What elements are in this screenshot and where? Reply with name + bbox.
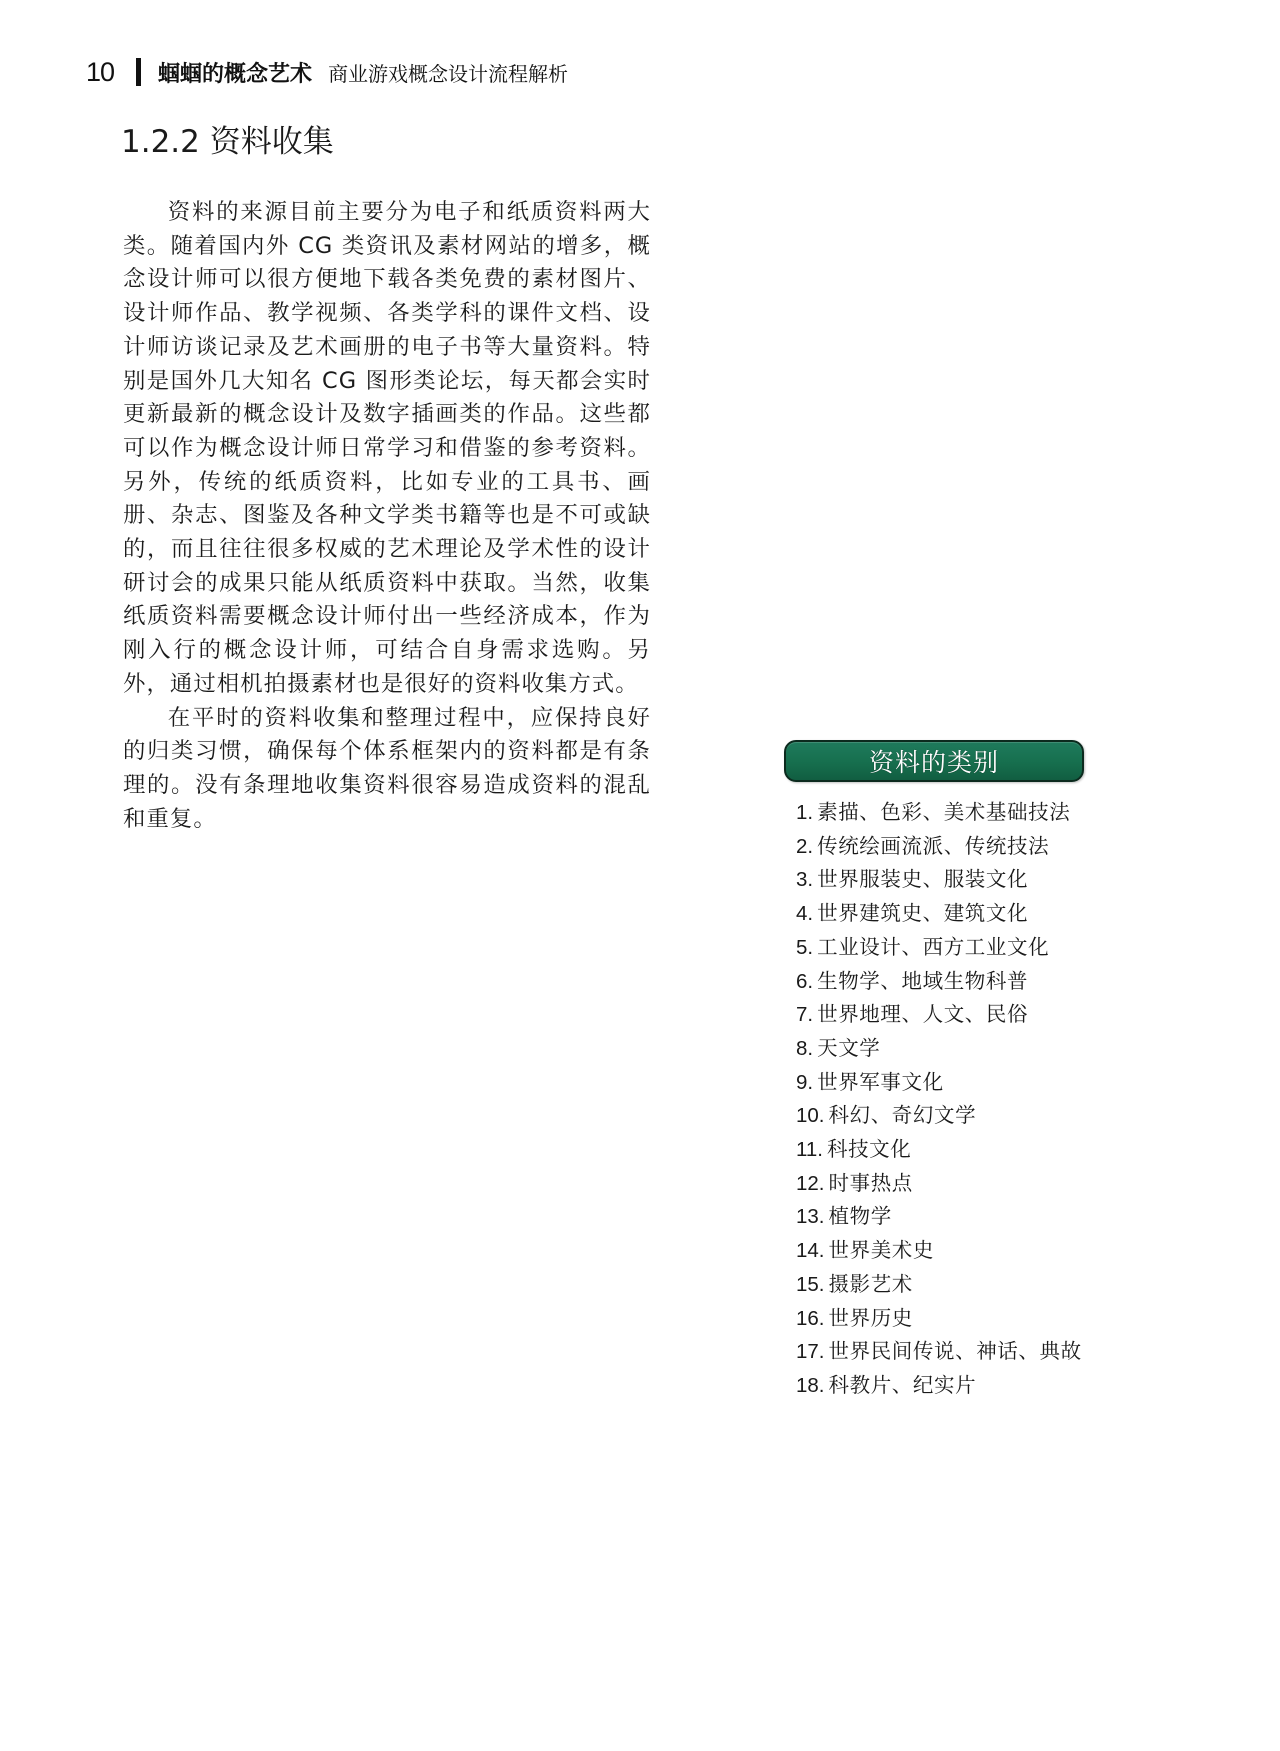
- list-item-number: 2.: [796, 835, 813, 858]
- running-header: 10 蝈蝈的概念艺术 商业游戏概念设计流程解析: [86, 52, 568, 92]
- list-item-label: 世界建筑史、建筑文化: [817, 901, 1028, 925]
- list-item: 15.摄影艺术: [796, 1268, 1082, 1302]
- category-box-title: 资料的类别: [869, 743, 999, 779]
- list-item: 14.世界美术史: [796, 1234, 1082, 1268]
- list-item-number: 16.: [796, 1307, 825, 1330]
- list-item-label: 生物学、地域生物科普: [817, 969, 1028, 993]
- list-item-number: 15.: [796, 1273, 825, 1296]
- list-item-label: 传统绘画流派、传统技法: [817, 834, 1049, 858]
- list-item-label: 科幻、奇幻文学: [829, 1103, 977, 1127]
- list-item: 9.世界军事文化: [796, 1066, 1082, 1100]
- list-item-number: 3.: [796, 868, 813, 891]
- list-item-number: 13.: [796, 1205, 825, 1228]
- list-item-number: 1.: [796, 801, 813, 824]
- list-item-number: 11.: [796, 1138, 823, 1161]
- list-item: 8.天文学: [796, 1032, 1082, 1066]
- list-item-label: 世界美术史: [829, 1238, 935, 1262]
- list-item-label: 世界地理、人文、民俗: [817, 1002, 1028, 1026]
- list-item-number: 18.: [796, 1374, 825, 1397]
- list-item-label: 植物学: [829, 1204, 892, 1228]
- page-number: 10: [86, 57, 114, 88]
- category-box-header: 资料的类别: [784, 740, 1084, 782]
- list-item-number: 7.: [796, 1003, 813, 1026]
- list-item-label: 素描、色彩、美术基础技法: [817, 800, 1070, 824]
- list-item-number: 4.: [796, 902, 813, 925]
- list-item-label: 摄影艺术: [829, 1272, 913, 1296]
- list-item-label: 世界军事文化: [817, 1070, 944, 1094]
- header-divider-bar: [136, 58, 141, 86]
- list-item: 1.素描、色彩、美术基础技法: [796, 796, 1082, 830]
- list-item: 16.世界历史: [796, 1302, 1082, 1336]
- list-item-label: 时事热点: [829, 1171, 913, 1195]
- list-item-number: 10.: [796, 1104, 825, 1127]
- list-item: 2.传统绘画流派、传统技法: [796, 830, 1082, 864]
- list-item-number: 17.: [796, 1340, 825, 1363]
- list-item: 11.科技文化: [796, 1133, 1082, 1167]
- book-subtitle: 商业游戏概念设计流程解析: [328, 58, 568, 87]
- list-item: 3.世界服装史、服装文化: [796, 863, 1082, 897]
- body-text-column: 资料的来源目前主要分为电子和纸质资料两大类。随着国内外 CG 类资讯及素材网站的…: [123, 196, 651, 836]
- list-item: 7.世界地理、人文、民俗: [796, 998, 1082, 1032]
- list-item-number: 8.: [796, 1037, 813, 1060]
- list-item: 12.时事热点: [796, 1167, 1082, 1201]
- body-paragraph: 在平时的资料收集和整理过程中，应保持良好的归类习惯，确保每个体系框架内的资料都是…: [123, 702, 651, 837]
- book-title: 蝈蝈的概念艺术: [158, 57, 312, 88]
- list-item-number: 5.: [796, 936, 813, 959]
- list-item-number: 14.: [796, 1239, 825, 1262]
- section-heading: 1.2.2 资料收集: [121, 116, 334, 161]
- body-paragraph: 资料的来源目前主要分为电子和纸质资料两大类。随着国内外 CG 类资讯及素材网站的…: [123, 196, 651, 702]
- list-item: 5.工业设计、西方工业文化: [796, 931, 1082, 965]
- list-item-number: 9.: [796, 1071, 813, 1094]
- list-item-label: 世界民间传说、神话、典故: [829, 1339, 1082, 1363]
- list-item: 18.科教片、纪实片: [796, 1369, 1082, 1403]
- category-list: 1.素描、色彩、美术基础技法 2.传统绘画流派、传统技法 3.世界服装史、服装文…: [796, 796, 1082, 1403]
- list-item-label: 科技文化: [827, 1137, 911, 1161]
- list-item-label: 工业设计、西方工业文化: [817, 935, 1049, 959]
- list-item: 17.世界民间传说、神话、典故: [796, 1335, 1082, 1369]
- list-item: 4.世界建筑史、建筑文化: [796, 897, 1082, 931]
- list-item: 13.植物学: [796, 1200, 1082, 1234]
- list-item-label: 世界历史: [829, 1306, 913, 1330]
- list-item-number: 6.: [796, 970, 813, 993]
- list-item-number: 12.: [796, 1172, 825, 1195]
- list-item: 6.生物学、地域生物科普: [796, 965, 1082, 999]
- list-item: 10.科幻、奇幻文学: [796, 1099, 1082, 1133]
- list-item-label: 天文学: [817, 1036, 880, 1060]
- list-item-label: 科教片、纪实片: [829, 1373, 977, 1397]
- list-item-label: 世界服装史、服装文化: [817, 867, 1028, 891]
